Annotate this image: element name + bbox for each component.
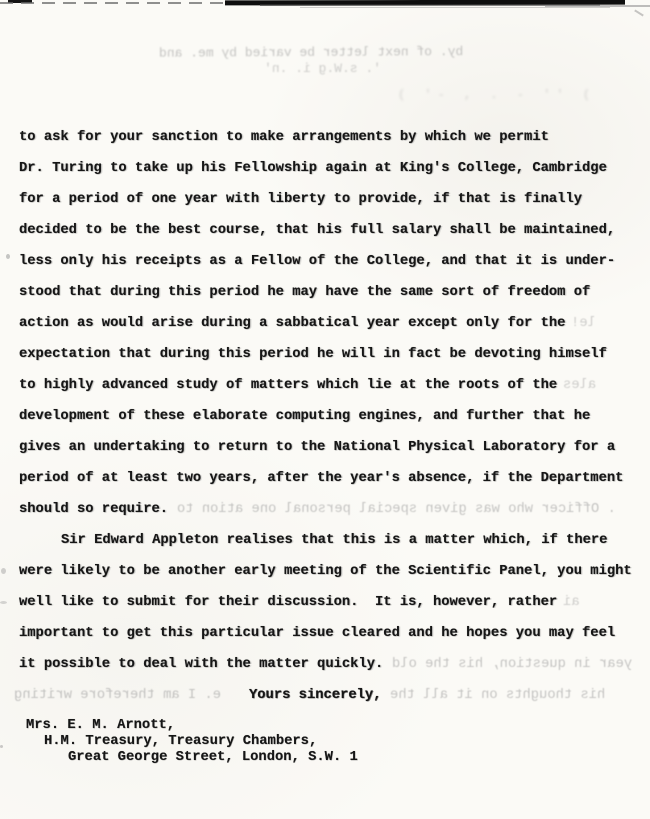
ink-speck [0,745,3,748]
letter-line-text: to ask for your sanction to make arrange… [19,130,549,145]
letter-line: Dr. Turing to take up his Fellowship aga… [19,153,632,184]
bleedthrough-header-line2: '. s.W.g i. .n' [233,46,381,91]
scanned-letter-page: by. of next letter be varied by me. and … [0,0,650,819]
address-line: Mrs. E. M. Arnott, [26,717,358,733]
bleedthrough-text: his thoughts on it all the [390,688,605,703]
letter-line: gives an undertaking to return to the Na… [19,432,632,463]
letter-line-text: Sir Edward Appleton realises that this i… [61,533,607,548]
bleedthrough-text: . Officer who was given special personal… [177,502,616,517]
address-line-text: Great George Street, London, S.W. 1 [68,750,358,765]
letter-line-text: well like to submit for their discussion… [19,595,557,610]
address-line: H.M. Treasury, Treasury Chambers, [26,733,358,749]
letter-line-text: development of these elaborate computing… [19,409,590,424]
letter-line-text: action as would arise during a sabbatica… [19,316,565,331]
closing-line: e. I am therefore writing Yours sincerel… [5,680,632,711]
letter-line-text: were likely to be another early meeting … [19,564,632,579]
letter-line-text: decided to be the best course, that his … [19,223,615,238]
letter-line: should so require.. Officer who was give… [19,494,632,525]
letter-line: were likely to be another early meeting … [19,556,632,587]
bleedthrough-text: e. I am therefore writing [14,688,221,703]
scan-edge-dashes [0,2,228,4]
bleedthrough-text: le! [571,316,596,331]
letter-line-text: stood that during this period he may hav… [19,285,590,300]
bleedthrough-text: '. s.W.g i. .n' [264,61,381,76]
letter-line: to highly advanced study of matters whic… [19,370,632,401]
letter-line-text: to highly advanced study of matters whic… [19,378,557,393]
letter-line-text: period of at least two years, after the … [19,471,623,486]
letter-line-text: should so require. [19,502,168,517]
address-line-text: H.M. Treasury, Treasury Chambers, [44,734,317,749]
letter-line-text: for a period of one year with liberty to… [19,192,582,207]
letter-line: stood that during this period he may hav… [19,277,632,308]
recipient-address: Mrs. E. M. Arnott, H.M. Treasury, Treasu… [26,717,358,766]
letter-line: development of these elaborate computing… [19,401,632,432]
bleedthrough-text: year in question, his the old [392,657,632,672]
letter-line: it possible to deal with the matter quic… [19,649,632,680]
letter-line-paragraph-start: Sir Edward Appleton realises that this i… [19,525,632,556]
letter-line-text: gives an undertaking to return to the Na… [19,440,615,455]
letter-body: to ask for your sanction to make arrange… [19,122,632,711]
letter-line: well like to submit for their discussion… [19,587,632,618]
letter-line: less only his receipts as a Fellow of th… [19,246,632,277]
letter-line-text: Dr. Turing to take up his Fellowship aga… [19,161,607,176]
yours-sincerely: Yours sincerely, [249,688,381,703]
ink-speck [1,568,6,574]
letter-line-text: important to get this particular issue c… [19,626,615,641]
ink-speck [0,601,7,604]
letter-line: important to get this particular issue c… [19,618,632,649]
letter-line: action as would arise during a sabbatica… [19,308,632,339]
pencil-smudge: ( '- , . - '' ( [398,88,638,102]
ink-speck [634,10,644,17]
letter-line-text: less only his receipts as a Fellow of th… [19,254,615,269]
letter-line: period of at least two years, after the … [19,463,632,494]
bleedthrough-text: ai [563,595,580,610]
letter-line-text: expectation that during this period he w… [19,347,607,362]
address-line: Great George Street, London, S.W. 1 [26,750,358,766]
letter-line: for a period of one year with liberty to… [19,184,632,215]
letter-line: decided to be the best course, that his … [19,215,632,246]
letter-line: to ask for your sanction to make arrange… [19,122,632,153]
address-line-text: Mrs. E. M. Arnott, [26,718,175,733]
bleedthrough-text: ales [563,378,596,393]
letter-line: expectation that during this period he w… [19,339,632,370]
ink-speck [6,254,10,259]
letter-line-text: it possible to deal with the matter quic… [19,657,383,672]
scan-edge-underline [300,7,610,8]
